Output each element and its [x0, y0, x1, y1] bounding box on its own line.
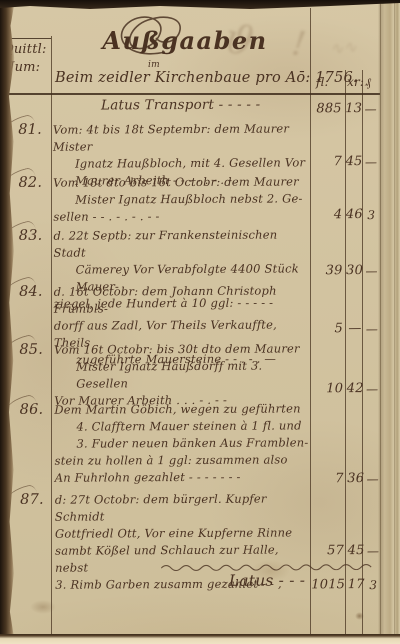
page-top-edge: [0, 0, 400, 10]
ledger-body: Latus Transport - - - - - 885 13 — 81. V…: [0, 95, 381, 597]
amount-pfennig: 3: [363, 208, 379, 225]
ledger-entry: 86. Dem Martin Göbich, wegen zu geführte…: [0, 399, 380, 491]
amount-florin: 10: [310, 381, 346, 399]
showthrough-mark: ∿∿: [329, 37, 358, 59]
entry-text-line: Gottfriedl Ott, Vor eine Kupferne Rinne: [55, 524, 311, 542]
entry-text-line: 3. Fuder neuen bänken Aus Framblen-: [76, 434, 310, 452]
amount-florin: 7: [311, 471, 347, 489]
total-florin: 1015: [311, 577, 347, 595]
entry-text-line: d. 22t Septb: zur Frankensteinischen Sta…: [53, 226, 309, 261]
ledger-row-transport: Latus Transport - - - - - 885 13 —: [0, 95, 379, 121]
entry-text-line: An Fuhrlohn gezahlet - - - - - - -: [55, 468, 311, 486]
entry-text: Dem Martin Göbich, wegen zu geführten 4.…: [50, 399, 310, 490]
manuscript-page: ϑ ! ∿∿ V Quittl: Num: Außgaaben im Beim …: [0, 0, 400, 644]
column-header-florin: fl:: [316, 75, 329, 89]
total-kreuzer: 17: [347, 577, 365, 595]
ledger-entry: 82. Vom 18t dto bis 16t Octobr: dem Maur…: [0, 172, 379, 227]
footer-divider-area: [1, 561, 381, 573]
ledger-entry: 81. Vom: 4t bis 18t Septembr: dem Maurer…: [0, 119, 379, 174]
entry-text-line: Dem Martin Göbich, wegen zu geführten: [54, 400, 310, 418]
entry-text: Vom: 4t bis 18t Septembr: dem Maurer Mis…: [49, 119, 309, 173]
page-subtitle: Beim zeidler Kirchenbaue pro Aō: 1756.: [55, 70, 310, 86]
page-title: Außgaaben: [60, 26, 310, 55]
page-fold-line: [380, 0, 381, 644]
amount-kreuzer: 13: [345, 101, 363, 119]
entry-text-line: sellen - - . - . - . - -: [53, 207, 309, 225]
entry-text-line: 4. Clafftern Mauer steinen à 1 fl. und: [76, 417, 310, 435]
amount-florin: 885: [309, 101, 345, 119]
latus-label: Latus - - -: [51, 571, 311, 596]
transport-label: Latus Transport - - - - -: [49, 95, 309, 120]
sum-squiggle: [161, 561, 381, 571]
page-bottom-edge: [0, 634, 400, 644]
ledger-entry: 85. Vom 16t Octobr: bis 30t dto dem Maur…: [0, 339, 380, 401]
rule-header-bottom: [0, 93, 380, 95]
amount-kreuzer: 45: [345, 154, 363, 172]
entry-text-line: Ignatz Haußbloch, mit 4. Gesellen Vor: [75, 154, 309, 172]
next-page-edge: [378, 0, 400, 644]
amount-kreuzer: 46: [345, 207, 363, 225]
entry-text-line: Mister Ignatz Haußdorff mit 3. Gesellen: [76, 357, 310, 392]
entry-text: d. 22t Septb: zur Frankensteinischen Sta…: [49, 225, 309, 282]
entry-text-line: d. 16t Octobr: dem Johann Christoph Früm…: [54, 282, 310, 317]
stain: [30, 600, 56, 614]
ledger-entry: 84. d. 16t Octobr: dem Johann Christoph …: [0, 281, 380, 341]
entry-text: Vom 16t Octobr: bis 30t dto dem Maurer M…: [50, 339, 310, 400]
title-superscript: im: [148, 60, 160, 70]
page-fold-line: [394, 0, 395, 644]
amount-florin: 57: [311, 543, 347, 561]
entry-text-line: Vom 18t dto bis 16t Octobr: dem Maurer: [53, 173, 309, 191]
column-header-pfennig: ₰: [365, 75, 371, 90]
entry-text-line: Vom: 4t bis 18t Septembr: dem Maurer Mis…: [53, 120, 309, 155]
entry-text: Vom 18t dto bis 16t Octobr: dem Maurer M…: [49, 172, 309, 226]
amount-kreuzer: 30: [346, 263, 364, 281]
entry-text-line: stein zu hollen à 1 ggl: zusammen also: [55, 451, 311, 469]
entry-text-line: Mister Ignatz Haußbloch nebst 2. Ge-: [75, 190, 309, 208]
amount-florin: 7: [309, 154, 345, 172]
entry-text: d: 27t Octobr: dem bürgerl. Kupfer Schmi…: [51, 489, 311, 562]
ledger-entry: 87. d: 27t Octobr: dem bürgerl. Kupfer S…: [1, 489, 381, 563]
ledger-entry: 83. d. 22t Septb: zur Frankensteinischen…: [0, 225, 380, 283]
subtitle-pre: Beim zeidler: [55, 70, 155, 86]
column-header-kreuzer: xr:: [347, 75, 364, 89]
entry-text-line: Vom 16t Octobr: bis 30t dto dem Maurer: [54, 340, 310, 358]
amount-kreuzer: 42: [346, 381, 364, 399]
entry-text-line: d: 27t Octobr: dem bürgerl. Kupfer Schmi…: [55, 490, 311, 525]
amount-kreuzer: 36: [347, 471, 365, 489]
amount-kreuzer: 45: [347, 543, 365, 561]
amount-pfennig: —: [363, 102, 379, 119]
entry-text: d. 16t Octobr: dem Johann Christoph Früm…: [50, 281, 310, 340]
amount-florin: 5: [310, 321, 346, 339]
amount-florin: 39: [310, 263, 346, 281]
amount-florin: 4: [309, 207, 345, 225]
amount-pfennig: —: [363, 155, 379, 172]
amount-kreuzer: —: [346, 321, 364, 339]
ledger-row-latus-total: Latus - - - 1015 17 3: [1, 571, 381, 597]
